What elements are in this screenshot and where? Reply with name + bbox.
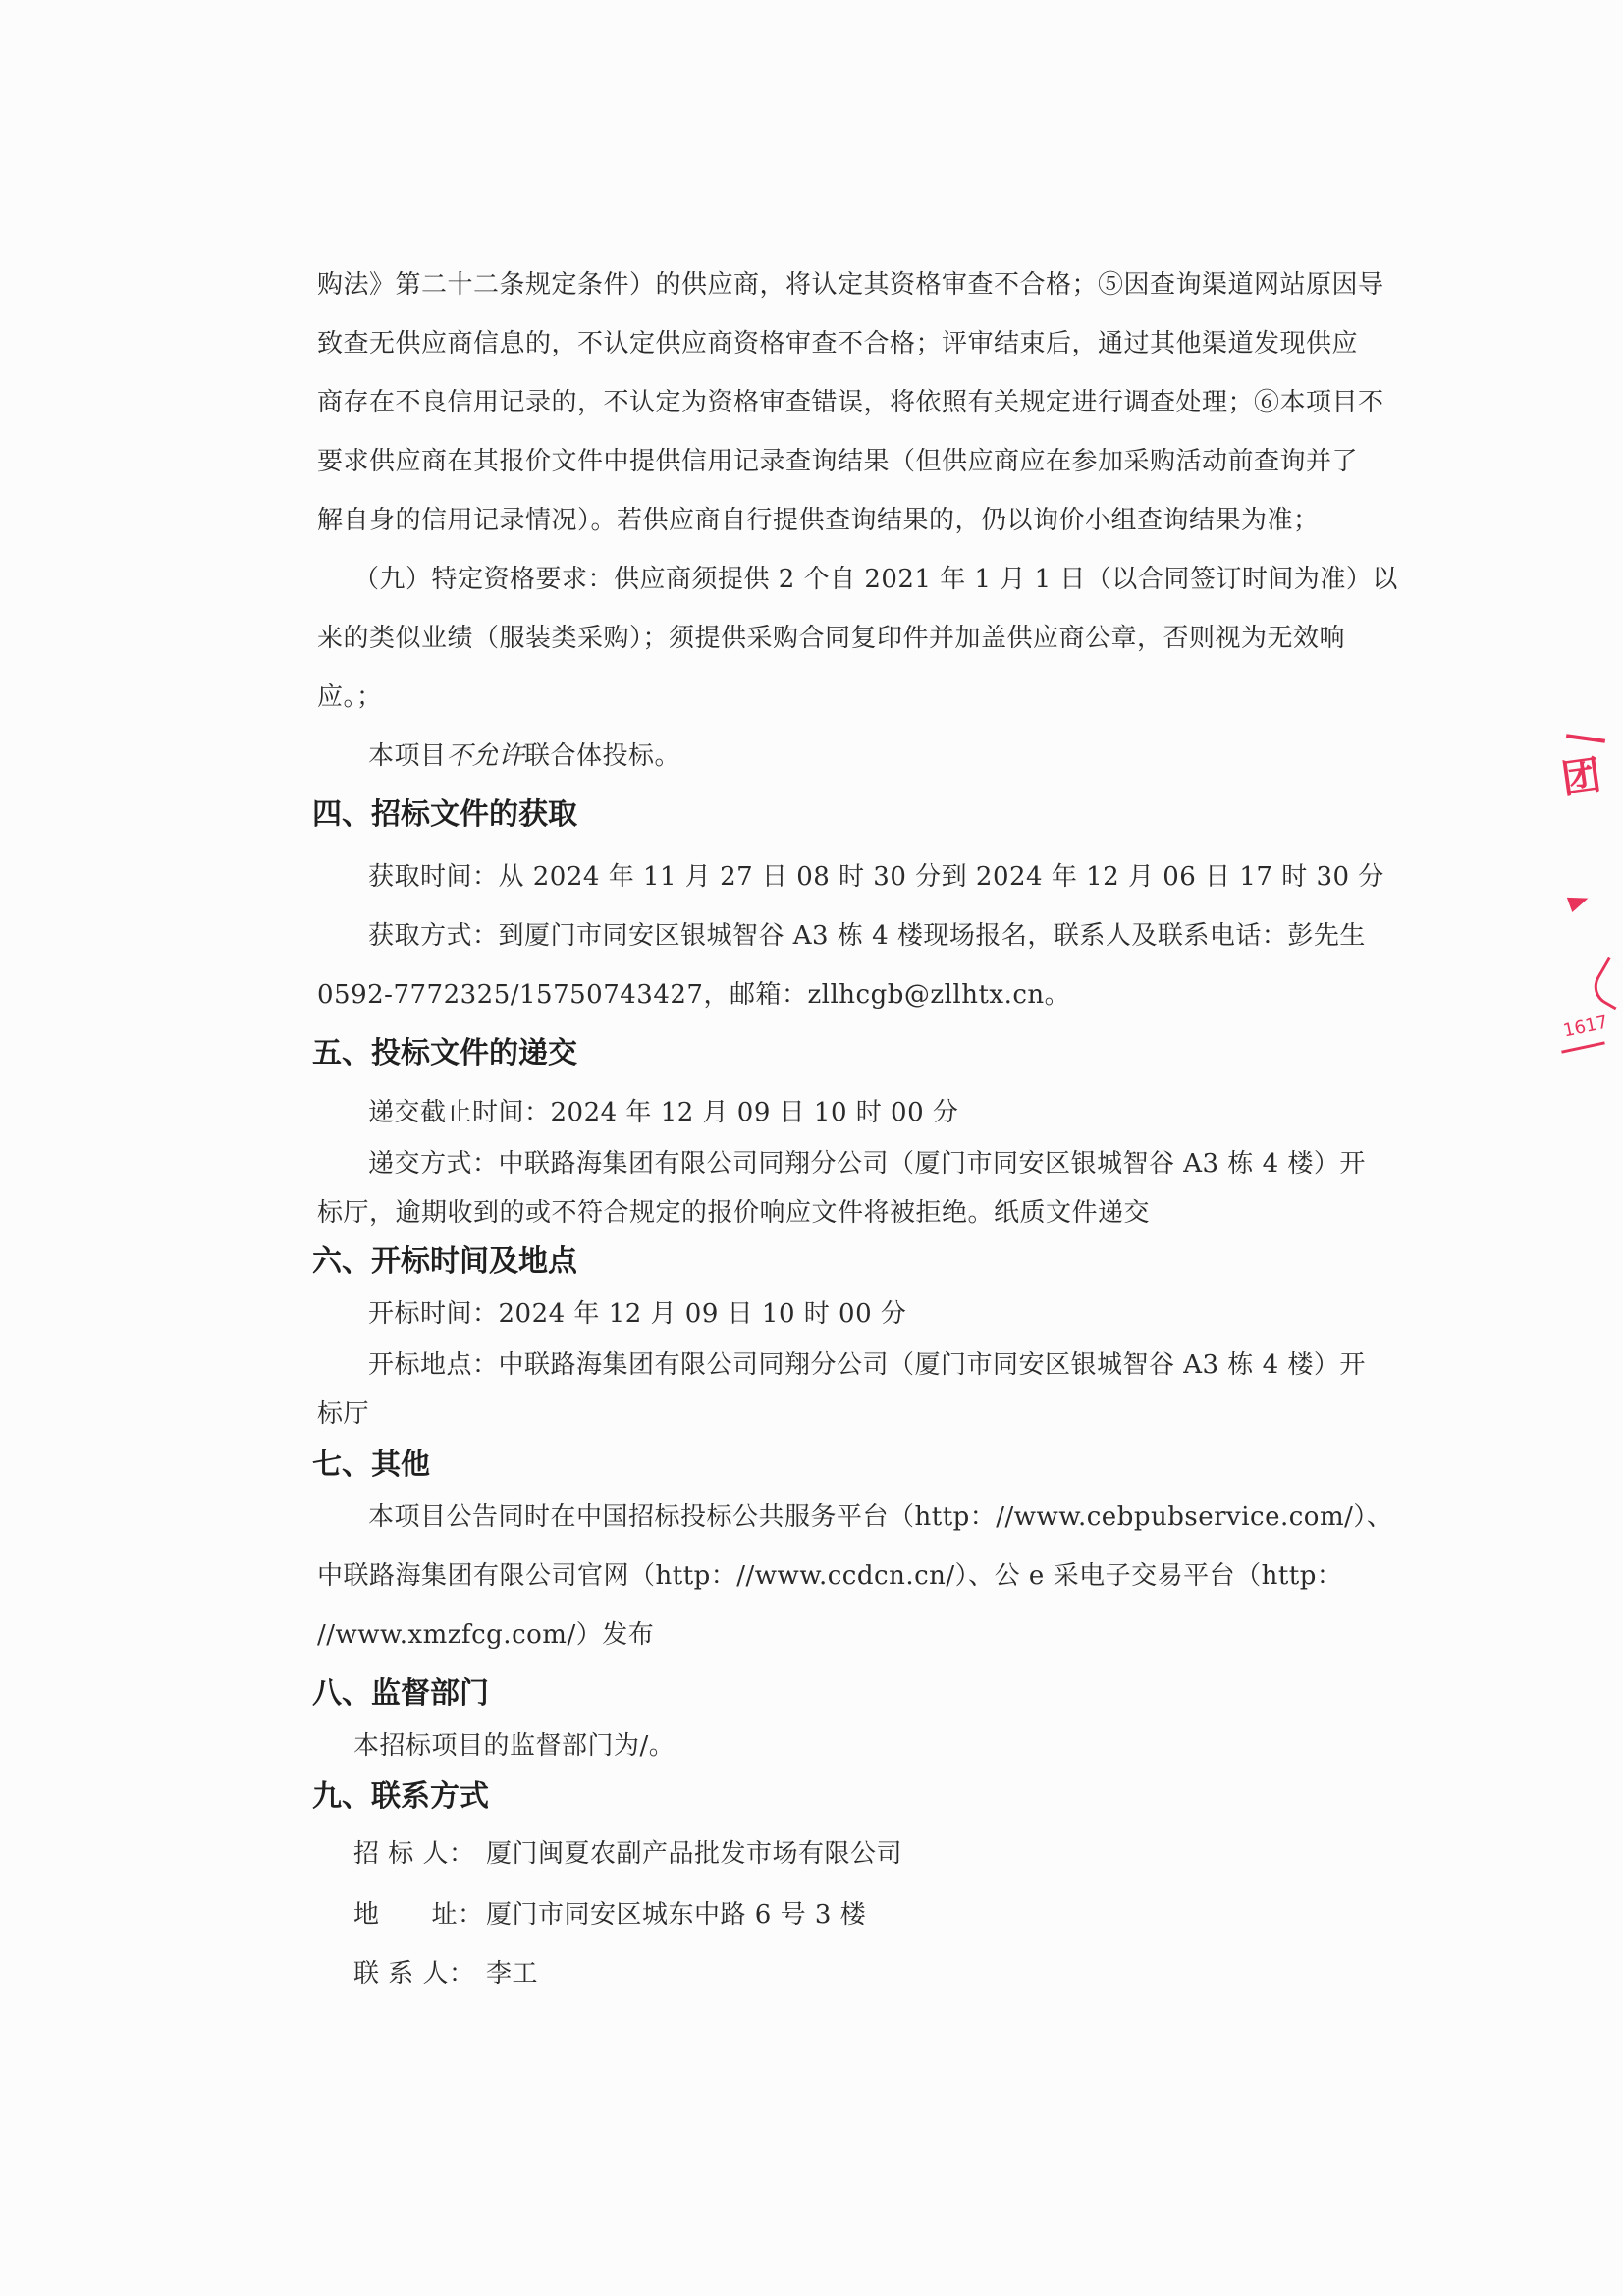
publication-line: 中联路海集团有限公司官网（http：//www.ccdcn.cn/）、公 e 采… <box>317 1558 1368 1594</box>
seal-character: 团 <box>1557 743 1604 804</box>
section-heading-8: 八、监督部门 <box>312 1674 489 1714</box>
contact-value: 厦门市同安区城东中路 6 号 3 楼 <box>486 1900 866 1930</box>
seal-star-fragment <box>1567 891 1591 912</box>
submission-method-line: 标厅，逾期收到的或不符合规定的报价响应文件将被拒绝。纸质文件递交 <box>317 1195 1368 1230</box>
section-heading-7: 七、其他 <box>312 1446 430 1485</box>
paragraph-line: 解自身的信用记录情况）。若供应商自行提供查询结果的，仍以询价小组查询结果为准； <box>317 503 1368 538</box>
contact-label: 联 系 人： <box>353 1956 486 1992</box>
contact-row: 联 系 人：李工 <box>353 1956 1404 1992</box>
supervision-line: 本招标项目的监督部门为/。 <box>353 1728 1404 1764</box>
acquire-time: 获取时间：从 2024 年 11 月 27 日 08 时 30 分到 2024 … <box>368 859 1419 895</box>
publication-line: 本项目公告同时在中国招标投标公共服务平台（http：//www.cebpubse… <box>368 1500 1419 1535</box>
contact-row: 地 址：厦门市同安区城东中路 6 号 3 楼 <box>353 1897 1404 1933</box>
contact-row: 招 标 人：厦门闽夏农副产品批发市场有限公司 <box>353 1836 1404 1872</box>
paragraph-line: 要求供应商在其报价文件中提供信用记录查询结果（但供应商应在参加采购活动前查询并了 <box>317 444 1368 479</box>
contact-label: 招 标 人： <box>353 1836 486 1872</box>
paragraph-line: 商存在不良信用记录的，不认定为资格审查错误，将依照有关规定进行调查处理；⑥本项目… <box>317 385 1368 420</box>
consortium-prefix: 本项目 <box>368 741 447 771</box>
special-qualification-line: （九）特定资格要求：供应商须提供 2 个自 2021 年 1 月 1 日（以合同… <box>353 562 1404 597</box>
submission-deadline: 递交截止时间：2024 年 12 月 09 日 10 时 00 分 <box>368 1095 1419 1130</box>
seal-border-mark <box>1566 734 1605 743</box>
acquire-method-line: 0592-7772325/15750743427，邮箱：zllhcgb@zllh… <box>317 977 1368 1012</box>
opening-place-line: 标厅 <box>317 1396 1368 1432</box>
publication-line: //www.xmzfcg.com/）发布 <box>317 1617 1368 1653</box>
submission-method-line: 递交方式：中联路海集团有限公司同翔分公司（厦门市同安区银城智谷 A3 栋 4 楼… <box>368 1146 1419 1181</box>
consortium-suffix: 联合体投标。 <box>524 741 680 771</box>
section-heading-5: 五、投标文件的递交 <box>312 1034 577 1073</box>
seal-border-mark <box>1561 1041 1605 1053</box>
opening-place-line: 开标地点：中联路海集团有限公司同翔分公司（厦门市同安区银城智谷 A3 栋 4 楼… <box>368 1347 1419 1383</box>
seal-arc-fragment <box>1587 957 1623 1011</box>
paragraph-line: 致查无供应商信息的，不认定供应商资格审查不合格；评审结束后，通过其他渠道发现供应 <box>317 326 1368 361</box>
section-heading-9: 九、联系方式 <box>312 1777 489 1817</box>
document-page: 购法》第二十二条规定条件）的供应商，将认定其资格审查不合格；⑤因查询渠道网站原因… <box>0 0 1623 2296</box>
special-qualification-line: 应。； <box>317 680 1368 715</box>
paragraph-line: 购法》第二十二条规定条件）的供应商，将认定其资格审查不合格；⑤因查询渠道网站原因… <box>317 267 1368 302</box>
contact-label: 地 址： <box>353 1897 486 1933</box>
contact-value: 厦门闽夏农副产品批发市场有限公司 <box>486 1839 902 1869</box>
red-seal-stamp: 团 1617 <box>1561 727 1623 1080</box>
special-qualification-line: 来的类似业绩（服装类采购）；须提供采购合同复印件并加盖供应商公章，否则视为无效响 <box>317 621 1368 656</box>
consortium-emphasis: 不允许 <box>447 741 525 771</box>
section-heading-6: 六、开标时间及地点 <box>312 1242 577 1282</box>
acquire-method-line: 获取方式：到厦门市同安区银城智谷 A3 栋 4 楼现场报名，联系人及联系电话：彭… <box>368 918 1419 954</box>
consortium-statement: 本项目不允许联合体投标。 <box>368 738 1419 774</box>
seal-number: 1617 <box>1561 1011 1609 1041</box>
contact-value: 李工 <box>486 1959 538 1989</box>
opening-time: 开标时间：2024 年 12 月 09 日 10 时 00 分 <box>368 1296 1419 1332</box>
section-heading-4: 四、招标文件的获取 <box>312 795 577 835</box>
